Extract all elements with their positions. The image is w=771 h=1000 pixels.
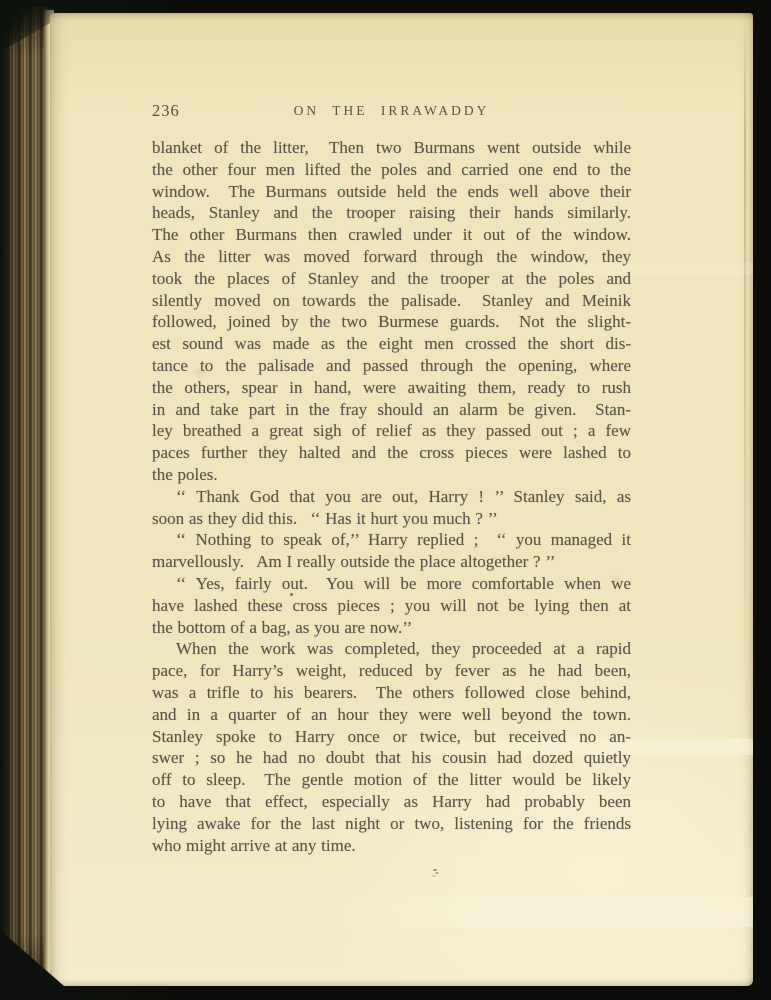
text-line: the bottom of a bag, as you are now.’’ [152,617,631,639]
text-line: the other four men lifted the poles and … [152,159,631,181]
text-line: followed, joined by the two Burmese guar… [152,311,631,333]
text-line: ley breathed a great sigh of relief as t… [152,420,631,442]
text-line: the others, spear in hand, were awaiting… [152,377,631,399]
text-line: est sound was made as the eight men cros… [152,333,631,355]
text-line: Stanley spoke to Harry once or twice, bu… [152,726,631,748]
book-scan: 236 ON THE IRRAWADDY blanket of the litt… [0,0,771,1000]
text-line: ‘‘ Thank God that you are out, Harry ! ’… [152,486,631,508]
text-line: As the litter was moved forward through … [152,246,631,268]
text-line: to have that effect, especially as Harry… [152,791,631,813]
text-line: ‘‘ Yes, fairly out. You will be more com… [152,573,631,595]
page-number: 236 [152,101,180,121]
text-line: The other Burmans then crawled under it … [152,224,631,246]
text-line: heads, Stanley and the trooper raising t… [152,202,631,224]
text-line: pace, for Harry’s weight, reduced by fev… [152,660,631,682]
text-line: ‘‘ Nothing to speak of,’’ Harry replied … [152,529,631,551]
text-line: took the places of Stanley and the troop… [152,268,631,290]
text-line: soon as they did this. ‘‘ Has it hurt yo… [152,508,631,530]
body-text: blanket of the litter, Then two Burmans … [152,137,631,856]
scanner-band [333,897,753,927]
book-page: 236 ON THE IRRAWADDY blanket of the litt… [50,13,753,986]
text-line: who might arrive at any time. [152,835,631,857]
text-line: was a trifle to his bearers. The others … [152,682,631,704]
text-line: off to sleep. The gentle motion of the l… [152,769,631,791]
text-line: window. The Burmans outside held the end… [152,181,631,203]
text-line: have lashed these cross pieces ; you wil… [152,595,631,617]
page-crease [744,13,746,675]
print-smudge [433,869,437,871]
text-line: lying awake for the last night or two, l… [152,813,631,835]
running-header: ON THE IRRAWADDY [294,103,490,119]
text-line: blanket of the litter, Then two Burmans … [152,137,631,159]
text-line: swer ; so he had no doubt that his cousi… [152,747,631,769]
text-line: marvellously. Am I really outside the pl… [152,551,631,573]
text-line: tance to the palisade and passed through… [152,355,631,377]
text-line: paces further they halted and the cross … [152,442,631,464]
page-header: 236 ON THE IRRAWADDY [152,101,631,123]
text-line: silently moved on towards the palisade. … [152,290,631,312]
text-line: and in a quarter of an hour they were we… [152,704,631,726]
text-line: in and take part in the fray should an a… [152,399,631,421]
text-line: When the work was completed, they procee… [152,638,631,660]
text-line: the poles. [152,464,631,486]
